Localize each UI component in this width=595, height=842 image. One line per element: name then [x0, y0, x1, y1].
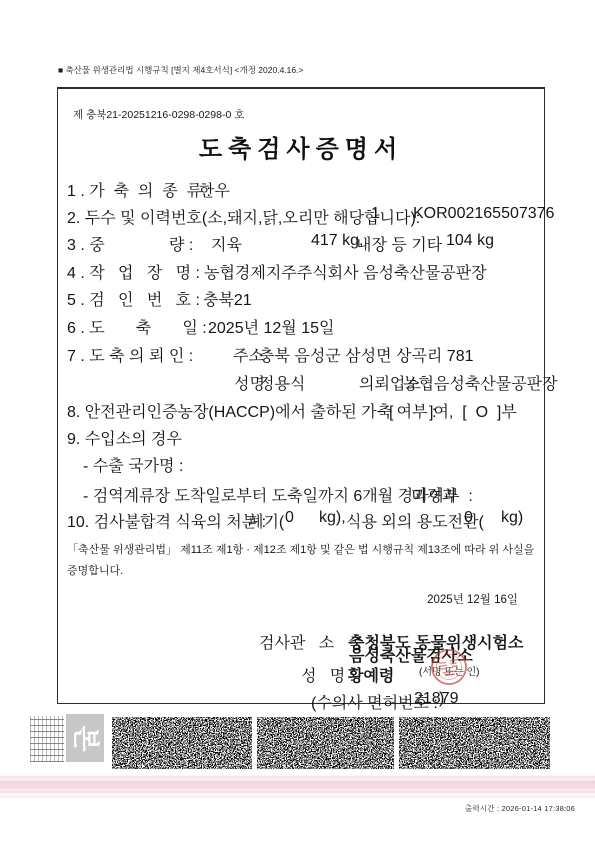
field-label: 량 : [169, 232, 193, 255]
license-number: 21879 [414, 690, 459, 708]
discard-unit: kg), [319, 509, 346, 527]
inspector-seal-stamp [428, 646, 471, 689]
address-value: 충북 음성군 삼성면 상곡리 781 [259, 343, 474, 366]
issue-date: 2025년 12월 16일 [58, 591, 518, 607]
convert-unit: kg) [501, 509, 523, 527]
field-row-seal-number: 5 . 검 인 번 호 : 충북21 [58, 287, 544, 301]
inspector-name-label: 성 명 : [301, 663, 354, 686]
field-label: 2. 두수 및 이력번호(소,돼지,닭,오리만 해당합니다): [67, 205, 420, 228]
license-row: (수의사 면허번호 : 21879 ) [58, 690, 544, 704]
head-count-value: 1 [371, 205, 380, 223]
field-row-requester-address: 7 . 도 축 의 뢰 인 : 주소 충북 음성군 삼성면 상곡리 781 [58, 343, 544, 357]
field-value: 농협경제지주주식회사 음성축산물공판장 [204, 260, 487, 283]
field-row-imported-cattle: 9. 수입소의 경우 [58, 426, 544, 440]
field-label: 9. 수입소의 경우 [67, 426, 182, 449]
discard-value: 0 [285, 509, 294, 527]
license-suffix: ) [439, 690, 444, 708]
quarantine-value: 미경과 [411, 483, 457, 506]
field-label: 1 . 가 축 의 종 류 : [67, 178, 211, 201]
field-row-requester-name: 성명 정용식 의뢰업소 농협음성축산물공판장 [58, 371, 544, 385]
security-noise-band-1 [112, 717, 252, 769]
legal-statement: 「축산물 위생관리법」 제11조 제1항 · 제12조 제1항 및 같은 법 시… [67, 540, 539, 582]
copy-mark-label: 본 [72, 725, 99, 751]
copy-watermark-block: 본 [66, 714, 104, 762]
field-label: 10. 검사불합격 식육의 처분 : [67, 509, 266, 532]
name-value: 정용식 [259, 371, 305, 394]
print-timestamp: 출력시간 : 2026-01-14 17:38:06 [0, 803, 575, 814]
field-row-disposal: 10. 검사불합격 식육의 처분 : 폐기( 0 kg), 식용 외의 용도전환… [58, 509, 544, 523]
security-microtext-pattern [30, 716, 64, 762]
inspector-affiliation-row: 검사관 소 속 : 충청북도 동물위생시험소 [58, 630, 544, 644]
regulation-note: ■ 축산물 위생관리법 시행규칙 [별지 제4호서식] <개정 2020.4.1… [58, 64, 303, 76]
field-row-haccp: 8. 안전관리인증농장(HACCP)에서 출하된 가축 여부 : [ ]여, [… [58, 399, 544, 413]
field-label: 8. 안전관리인증농장(HACCP)에서 출하된 가축 여부 : [67, 399, 436, 422]
carcass-label: 지육 [211, 232, 242, 255]
certificate-box: 제 충북21-20251216-0298-0298-0 호 도축검사증명서 1 … [57, 87, 545, 704]
field-value: 충북21 [203, 287, 252, 310]
certificate-title: 도축검사증명서 [58, 129, 544, 164]
field-row-workplace: 4 . 작 업 장 명 : 농협경제지주주식회사 음성축산물공판장 [58, 260, 544, 274]
convert-value: 0 [464, 509, 473, 527]
field-label: 5 . 검 인 번 호 : [67, 287, 200, 310]
field-row-slaughter-date: 6 . 도 축 일 : 2025년 12월 15일 [58, 315, 544, 329]
field-row-species: 1 . 가 축 의 종 류 : 한우 [58, 178, 544, 192]
field-label: 4 . 작 업 장 명 : [67, 260, 200, 283]
field-row-export-country: - 수출 국가명 : [58, 453, 544, 467]
field-value: 한우 [199, 178, 230, 201]
other-weight-value: 104 kg [446, 232, 494, 250]
other-weight-label: 내장 등 기타 [356, 232, 442, 255]
field-value: 2025년 12월 15일 [208, 315, 334, 338]
field-row-head-count: 2. 두수 및 이력번호(소,돼지,닭,오리만 해당합니다): 1 KOR002… [58, 205, 544, 219]
inspector-affiliation-row2: 음성축산물검사소 [58, 643, 544, 657]
field-row-quarantine: - 검역계류장 도착일로부터 도축일까지 6개월 경과여부 : 미경과 [58, 483, 544, 497]
doc-number: 제 충북21-20251216-0298-0298-0 호 [73, 109, 244, 122]
business-value: 농협음성축산물공판장 [403, 371, 558, 394]
discard-label: 폐기( [248, 509, 284, 532]
scanner-color-band [0, 774, 595, 798]
inspector-name: 황예령 [348, 663, 394, 686]
field-row-weight: 3 . 중 량 : 지육 417 kg, 내장 등 기타 104 kg [58, 232, 544, 246]
field-label: 3 . 중 [67, 232, 105, 255]
export-country-label: - 수출 국가명 : [83, 453, 183, 476]
field-label: 7 . 도 축 의 뢰 인 : [67, 343, 193, 366]
id-number-value: KOR002165507376 [413, 205, 554, 223]
haccp-checkbox-value: [ ]여, [ O ]부 [389, 399, 517, 422]
field-label: 6 . 도 축 일 : [67, 315, 207, 338]
security-noise-band-3 [399, 717, 550, 769]
security-noise-band-2 [257, 717, 394, 769]
inspector-name-row: 성 명 : 황예령 (서명 또는 인) [58, 663, 544, 677]
